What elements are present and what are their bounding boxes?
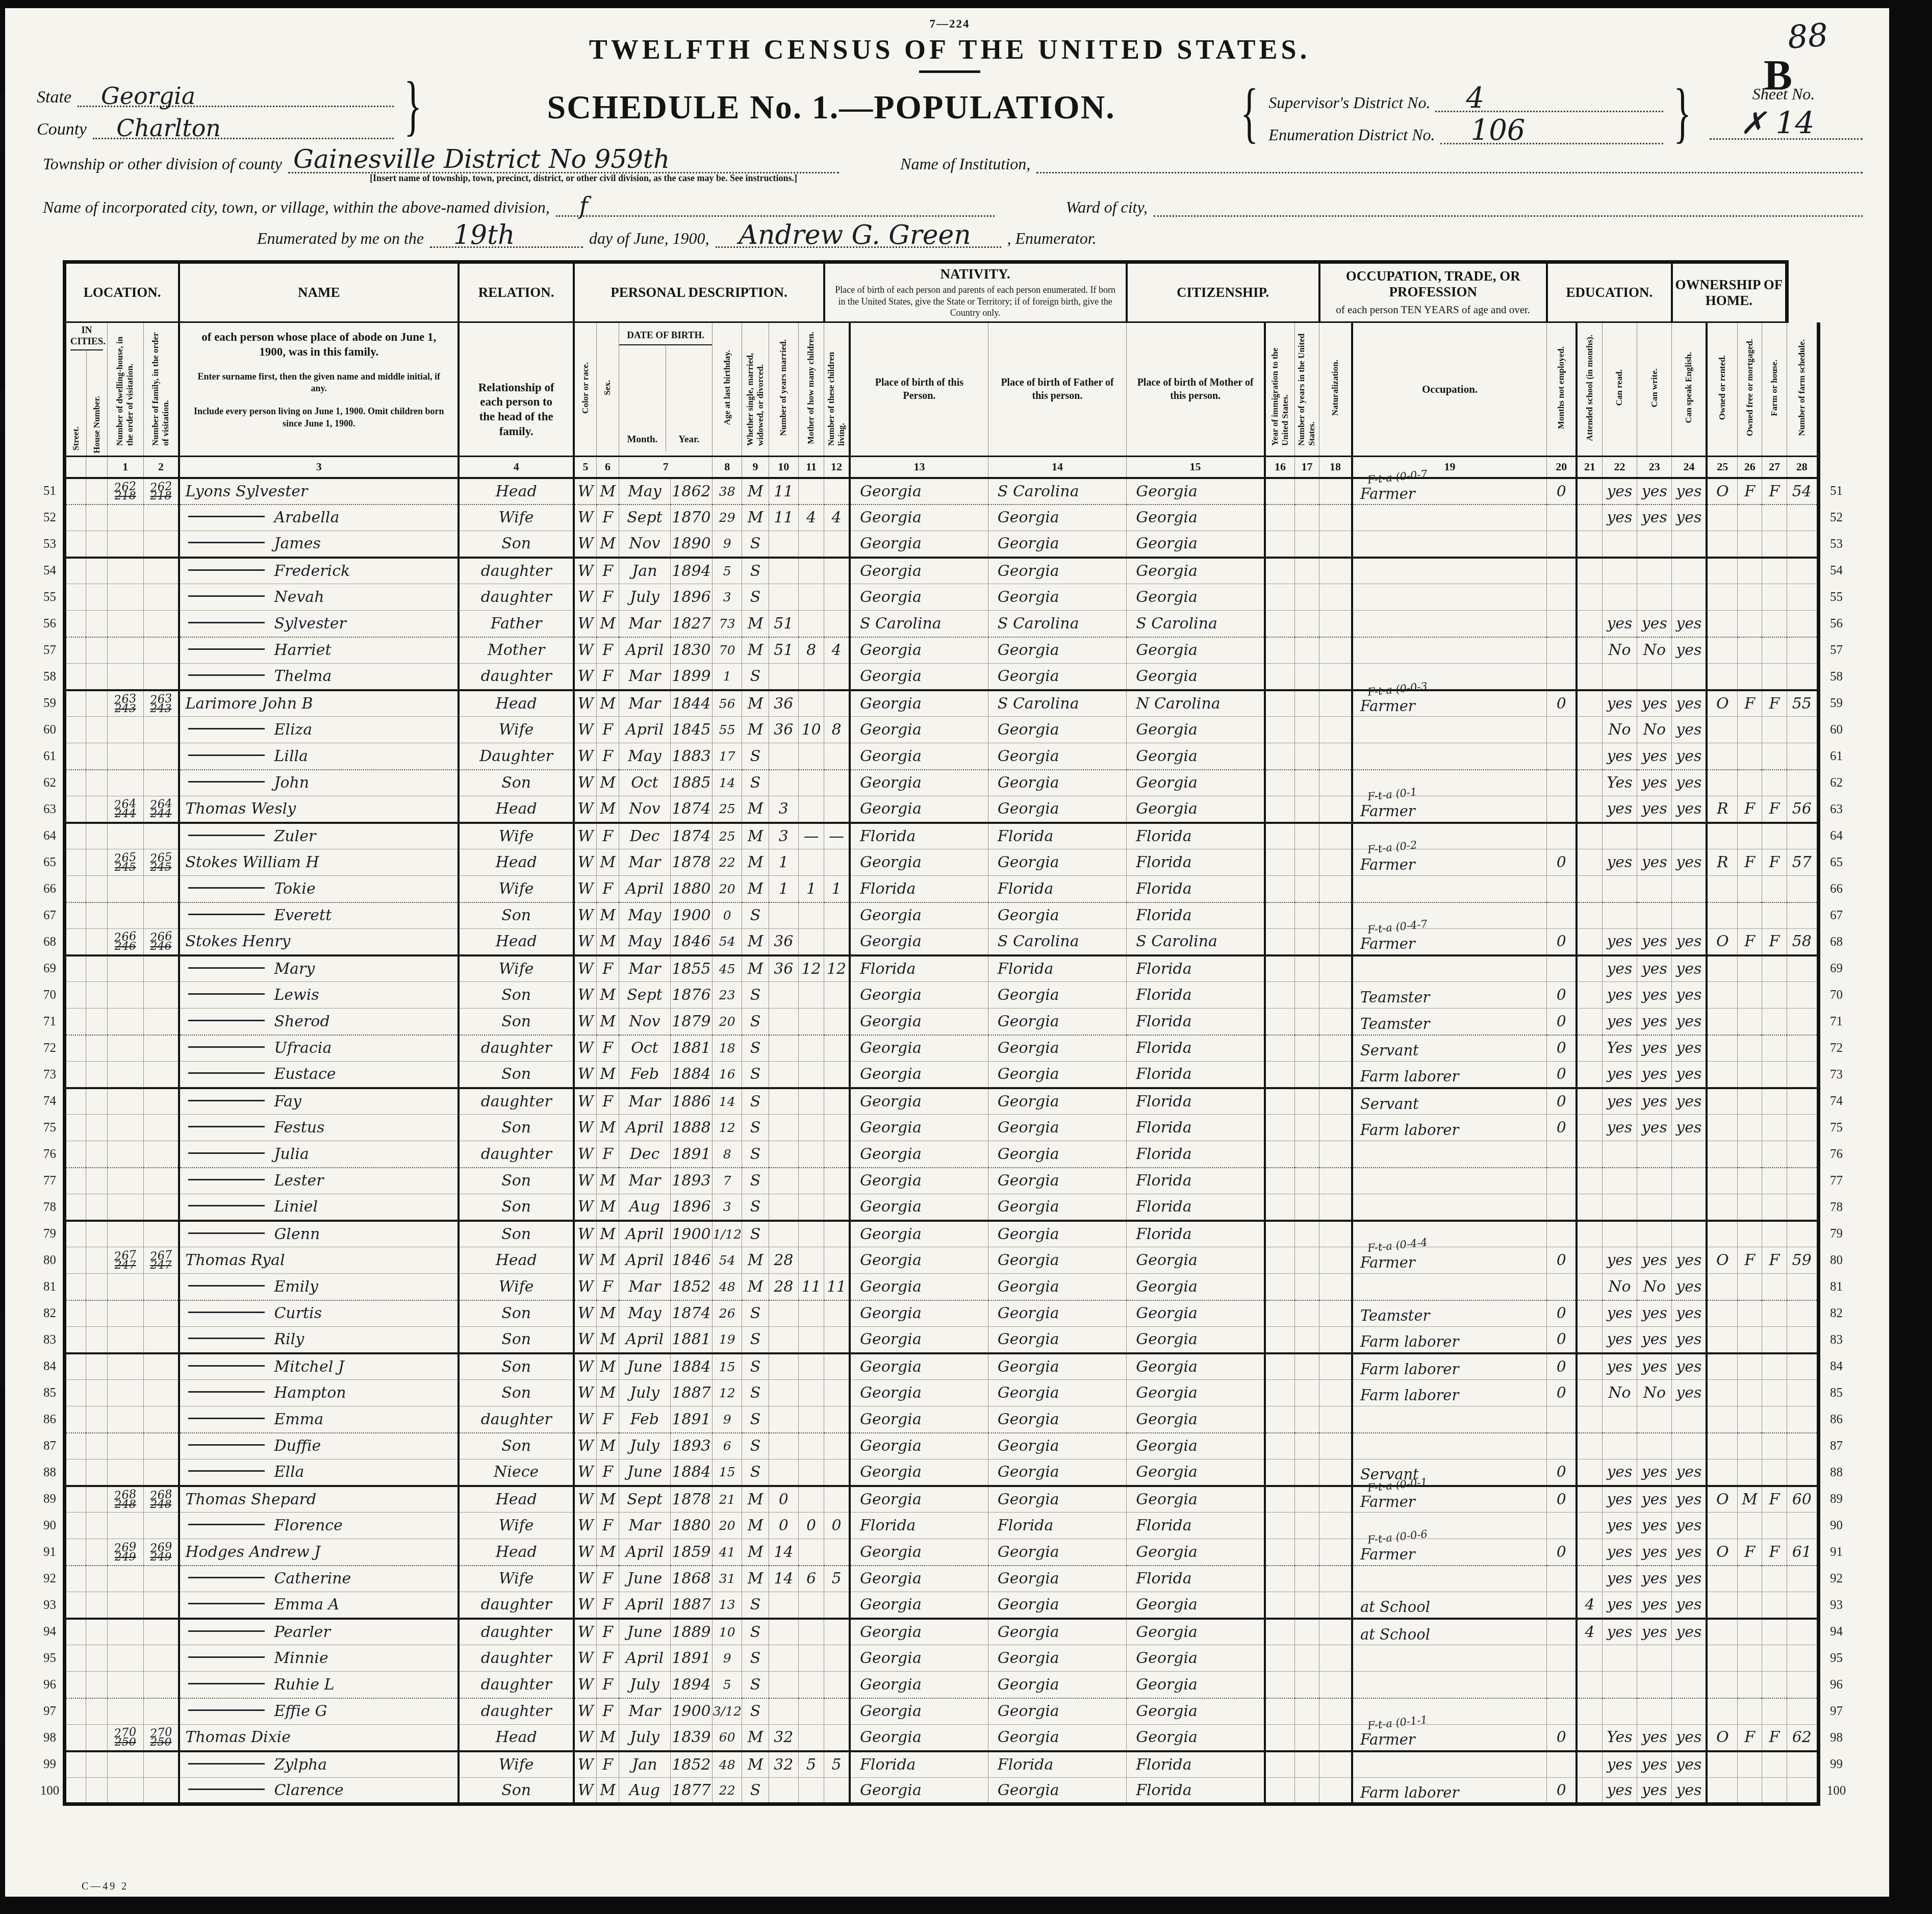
birth-year-cell: 1884 [670,1353,712,1380]
birth-month-cell: Feb [619,1406,671,1433]
years-us-cell [1294,1566,1319,1592]
can-write-cell: yes [1637,1088,1672,1115]
house-number-cell [86,531,107,558]
speak-english-cell [1672,1406,1707,1433]
farm-schedule-cell [1787,1672,1818,1698]
state-line: Georgia [78,83,394,107]
row-number-left: 73 [37,1062,64,1088]
birth-month-cell: April [619,1645,671,1672]
pob-mother-cell: Georgia [1127,558,1265,584]
census-page: 88 7—224 TWELFTH CENSUS OF THE UNITED ST… [5,8,1889,1897]
owned-rented-cell [1707,982,1737,1009]
children-living-cell: — [824,823,850,849]
age-cell: 54 [713,929,742,955]
children-living-cell [824,902,850,929]
row-number-left: 76 [37,1141,64,1168]
age-cell: 23 [713,982,742,1009]
birth-year-cell: 1891 [670,1141,712,1168]
months-unemployed-cell: 0 [1547,1088,1577,1115]
dwelling-number-cell [108,531,143,558]
attended-school-cell [1577,1513,1602,1539]
immigration-cell [1265,1539,1294,1566]
state-label: State [37,88,71,107]
family-number-cell [143,1566,179,1592]
months-unemployed-cell [1547,1566,1577,1592]
occupation-cell: Teamster [1352,1300,1547,1327]
birth-month-cell: Sept [619,505,671,531]
speak-english-cell: yes [1672,1486,1707,1513]
can-write-cell: yes [1637,1062,1672,1088]
family-number-cell [143,611,179,637]
can-write-cell: yes [1637,1009,1672,1035]
speak-english-cell: yes [1672,982,1707,1009]
free-mortgaged-cell [1738,1645,1762,1672]
street-cell [64,902,86,929]
row-number-left: 92 [37,1566,64,1592]
street-cell [64,1672,86,1698]
birth-month-cell: June [619,1619,671,1645]
years-married-cell [769,1778,798,1804]
farm-schedule-cell [1787,1698,1818,1725]
owned-rented-cell [1707,1698,1737,1725]
relation-cell: daughter [459,1672,574,1698]
dob-header: DATE OF BIRTH. Month. Year. [619,322,713,457]
house-number-cell [86,558,107,584]
speak-english-cell: yes [1672,1459,1707,1486]
city-label: Name of incorporated city, town, or vill… [43,198,550,217]
row-number-left: 78 [37,1194,64,1221]
color-cell: W [574,1645,596,1672]
pob-person-cell: Georgia [850,1459,988,1486]
can-read-cell: yes [1602,478,1637,505]
pob-mother-cell: Georgia [1127,796,1265,823]
children-living-cell: 4 [824,637,850,664]
can-write-cell: yes [1637,1566,1672,1592]
pob-person-cell: Georgia [850,1168,988,1194]
row-number-right: 72 [1818,1035,1852,1062]
relation-cell: Son [459,1380,574,1406]
pob-person-cell: Georgia [850,849,988,876]
can-read-cell: yes [1602,1592,1637,1619]
table-row: 79GlennSonWMApril19001/12SGeorgiaGeorgia… [37,1221,1852,1247]
occupation-cell [1352,611,1547,637]
months-unemployed-cell: 0 [1547,929,1577,955]
sex-cell: F [596,955,619,982]
pob-mother-cell: Florida [1127,1088,1265,1115]
can-write-cell: yes [1637,1751,1672,1778]
row-number-right: 88 [1818,1459,1852,1486]
free-mortgaged-cell [1738,1194,1762,1221]
naturalization-cell [1319,849,1352,876]
speak-english-cell [1672,664,1707,690]
table-row: 84Mitchel JSonWMJune188415SGeorgiaGeorgi… [37,1353,1852,1380]
enumeration-value: 106 [1471,114,1526,147]
owned-rented-cell [1707,1141,1737,1168]
color-cell: W [574,1194,596,1221]
birth-month-cell: Mar [619,1274,671,1300]
years-married-cell: 1 [769,849,798,876]
birth-year-cell: 1894 [670,1672,712,1698]
can-read-cell: yes [1602,1062,1637,1088]
months-unemployed-cell [1547,1645,1577,1672]
row-number-right: 81 [1818,1274,1852,1300]
age-cell: 12 [713,1380,742,1406]
family-number-cell [143,743,179,770]
farm-schedule-cell: 58 [1787,929,1818,955]
row-number-left: 87 [37,1433,64,1459]
nativity-group: NATIVITY. Place of birth of each person … [824,262,1127,322]
attended-school-cell [1577,1459,1602,1486]
pob-father-cell: Georgia [988,505,1126,531]
owned-rented-cell [1707,1459,1737,1486]
in-cities-title: IN CITIES. [70,325,103,350]
years-us-cell [1294,717,1319,743]
family-number-cell [143,902,179,929]
birth-month-cell: Nov [619,796,671,823]
attended-school-cell [1577,1327,1602,1353]
row-number-left: 62 [37,770,64,796]
table-row: 98270250270250Thomas DixieHeadWMJuly1839… [37,1725,1852,1751]
attended-school-cell: 4 [1577,1592,1602,1619]
naturalization-cell [1319,690,1352,717]
years-married-cell [769,1009,798,1035]
pob-father-cell: Georgia [988,1725,1126,1751]
speak-english-cell [1672,1168,1707,1194]
owned-rented-cell [1707,1353,1737,1380]
pob-person-cell: Georgia [850,478,988,505]
immigration-cell [1265,717,1294,743]
table-row: 85HamptonSonWMJuly188712SGeorgiaGeorgiaG… [37,1380,1852,1406]
sex-cell: F [596,1088,619,1115]
table-row: 76JuliadaughterWFDec18918SGeorgiaGeorgia… [37,1141,1852,1168]
mother-of-cell [798,1459,824,1486]
free-mortgaged-cell [1738,823,1762,849]
relation-cell: Father [459,611,574,637]
relation-cell: Wife [459,1751,574,1778]
can-read-cell: Yes [1602,1725,1637,1751]
birth-year-cell: 1878 [670,849,712,876]
naturalization-cell [1319,1062,1352,1088]
birth-year-cell: 1900 [670,902,712,929]
mother-of-cell [798,1009,824,1035]
family-number-cell [143,1035,179,1062]
person-name-cell: Catherine [179,1566,459,1592]
street-cell [64,823,86,849]
row-number-right: 95 [1818,1645,1852,1672]
children-living-cell [824,478,850,505]
row-number-left: 55 [37,584,64,611]
table-row: 64ZulerWifeWFDec187425M3——FloridaFlorida… [37,823,1852,849]
family-number-cell [143,982,179,1009]
owned-rented-cell [1707,505,1737,531]
pob-father-cell: S Carolina [988,690,1126,717]
children-living-cell [824,1247,850,1274]
dwelling-number-cell: 267247 [108,1247,143,1274]
relation-cell: daughter [459,1619,574,1645]
street-cell [64,1725,86,1751]
pob-mother-cell: Georgia [1127,1459,1265,1486]
color-cell: W [574,1035,596,1062]
can-read-cell: yes [1602,1115,1637,1141]
owned-header: Owned or rented. [1707,322,1737,457]
street-cell [64,929,86,955]
pob-person-cell: Georgia [850,1672,988,1698]
years-us-cell [1294,1035,1319,1062]
farm-house-cell [1762,1115,1787,1141]
color-cell: W [574,1566,596,1592]
free-mortgaged-cell [1738,1221,1762,1247]
mother-of-cell [798,1619,824,1645]
table-row: 67EverettSonWMMay19000SGeorgiaGeorgiaFlo… [37,902,1852,929]
color-cell: W [574,1751,596,1778]
birth-month-cell: Sept [619,1486,671,1513]
relation-cell: daughter [459,584,574,611]
farm-schedule-cell [1787,1221,1818,1247]
table-row: 53JamesSonWMNov18909SGeorgiaGeorgiaGeorg… [37,531,1852,558]
naturalization-cell [1319,1194,1352,1221]
naturalization-cell [1319,505,1352,531]
speak-english-cell: yes [1672,505,1707,531]
can-write-cell [1637,531,1672,558]
marital-cell: S [742,584,769,611]
can-read-cell: No [1602,637,1637,664]
naturalization-cell [1319,876,1352,902]
free-mortgaged-cell [1738,1035,1762,1062]
speak-english-cell: yes [1672,1353,1707,1380]
pob-person-cell: Georgia [850,1380,988,1406]
free-mortgaged-cell [1738,982,1762,1009]
months-unemployed-cell: 0 [1547,982,1577,1009]
house-number-cell [86,1751,107,1778]
relation-cell: daughter [459,1035,574,1062]
row-number-right: 83 [1818,1327,1852,1353]
age-cell: 25 [713,796,742,823]
house-number-cell [86,955,107,982]
birth-month-cell: July [619,1725,671,1751]
months-unemployed-cell [1547,1433,1577,1459]
naturalization-cell [1319,584,1352,611]
person-name-cell: Effie G [179,1698,459,1725]
months-unemployed-cell: 0 [1547,1300,1577,1327]
relation-cell: Wife [459,823,574,849]
pob-person-cell: Georgia [850,1778,988,1804]
street-cell [64,1300,86,1327]
owned-rented-cell [1707,1035,1737,1062]
children-living-cell [824,1300,850,1327]
farm-house-cell [1762,611,1787,637]
birth-month-cell: May [619,743,671,770]
english-header: Can speak English. [1672,322,1707,457]
mother-of-cell [798,1486,824,1513]
dwelling-number-cell [108,1751,143,1778]
age-cell: 20 [713,1009,742,1035]
table-row: 75FestusSonWMApril188812SGeorgiaGeorgiaF… [37,1115,1852,1141]
pob-person-cell: Georgia [850,982,988,1009]
farm-schedule-cell [1787,1088,1818,1115]
children-living-cell [824,982,850,1009]
naturalization-cell [1319,823,1352,849]
years-married-cell: 28 [769,1274,798,1300]
table-row: 56SylvesterFatherWMMar182773M51S Carolin… [37,611,1852,637]
farm-house-cell [1762,505,1787,531]
person-name-cell: Stokes William H [179,849,459,876]
years-married-cell [769,1353,798,1380]
pob-mother-cell: Florida [1127,1751,1265,1778]
pob-person-cell: Georgia [850,1009,988,1035]
mother-of-cell: 1 [798,876,824,902]
farm-schedule-cell [1787,1406,1818,1433]
can-read-cell: yes [1602,1751,1637,1778]
occupation-cell: Teamster [1352,982,1547,1009]
row-number-right: 68 [1818,929,1852,955]
birth-year-cell: 1844 [670,690,712,717]
mother-of-cell [798,1778,824,1804]
naturalization-cell [1319,1566,1352,1592]
table-row: 65265245265245Stokes William HHeadWMMar1… [37,849,1852,876]
birth-month-cell: Nov [619,531,671,558]
marital-cell: S [742,1141,769,1168]
children-living-cell [824,1645,850,1672]
dwelling-number-cell [108,1274,143,1300]
years-married-cell [769,770,798,796]
marital-cell: M [742,717,769,743]
dwelling-number-cell [108,902,143,929]
farm-schedule-cell [1787,637,1818,664]
house-number-cell [86,743,107,770]
birth-month-cell: Sept [619,982,671,1009]
age-cell: 16 [713,1062,742,1088]
relation-cell: Son [459,531,574,558]
color-cell: W [574,1619,596,1645]
naturalization-cell [1319,1619,1352,1645]
birth-month-cell: April [619,1327,671,1353]
relation-cell: Son [459,902,574,929]
family-number-cell [143,637,179,664]
marital-cell: S [742,1672,769,1698]
naturalization-cell [1319,1539,1352,1566]
birth-year-cell: 1891 [670,1645,712,1672]
pob-father-cell: Georgia [988,1778,1126,1804]
mother-of-cell [798,1247,824,1274]
can-write-cell: yes [1637,1035,1672,1062]
mother-of-cell [798,1353,824,1380]
naturalization-cell [1319,1009,1352,1035]
occupation-cell [1352,955,1547,982]
farm-house-cell: F [1762,1725,1787,1751]
free-mortgaged-cell [1738,717,1762,743]
children-living-header: Number of these children living. [824,322,850,457]
relation-cell: Son [459,1168,574,1194]
family-number-cell [143,717,179,743]
family-number-cell [143,1459,179,1486]
owned-rented-cell [1707,770,1737,796]
attended-school-cell [1577,505,1602,531]
marital-cell: S [742,1778,769,1804]
can-write-cell: yes [1637,1353,1672,1380]
speak-english-cell: yes [1672,1619,1707,1645]
street-cell [64,849,86,876]
pob-father-cell: Georgia [988,1592,1126,1619]
age-cell: 41 [713,1539,742,1566]
pob-person-cell: Florida [850,955,988,982]
birth-month-cell: Mar [619,664,671,690]
marital-cell: M [742,1513,769,1539]
marital-cell: S [742,1221,769,1247]
occupation-desc: of each person TEN YEARS of age and over… [1320,300,1546,316]
dwelling-number-cell [108,876,143,902]
children-living-cell: 5 [824,1566,850,1592]
row-number-left: 84 [37,1353,64,1380]
owned-rented-cell [1707,1221,1737,1247]
dwelling-number-cell [108,1778,143,1804]
mother-of-cell [798,770,824,796]
house-number-cell [86,717,107,743]
dwelling-number-cell [108,1459,143,1486]
family-number-cell [143,1513,179,1539]
immigration-cell [1265,770,1294,796]
naturalization-cell [1319,1274,1352,1300]
owned-rented-cell [1707,1778,1737,1804]
farm-schedule-cell [1787,1778,1818,1804]
immigration-cell [1265,1672,1294,1698]
enumeration-label: Enumeration District No. [1268,125,1435,144]
years-married-cell [769,531,798,558]
table-row: 99ZylphaWifeWFJan185248M3255FloridaFlori… [37,1751,1852,1778]
pob-person-cell: Georgia [850,531,988,558]
speak-english-cell [1672,1221,1707,1247]
children-living-cell [824,1778,850,1804]
years-us-cell [1294,1088,1319,1115]
attended-school-cell [1577,717,1602,743]
color-cell: W [574,902,596,929]
years-married-cell [769,1327,798,1353]
months-unemployed-cell [1547,876,1577,902]
family-number-cell: 266246 [143,929,179,955]
table-row: 54FrederickdaughterWFJan18945SGeorgiaGeo… [37,558,1852,584]
color-cell: W [574,1459,596,1486]
occupation-cell: F-t-a (0-0-6Farmer [1352,1539,1547,1566]
row-number-left: 54 [37,558,64,584]
farm-schedule-cell [1787,770,1818,796]
farm-house-cell [1762,1566,1787,1592]
marital-cell: M [742,1247,769,1274]
can-read-cell: yes [1602,1247,1637,1274]
naturalization-cell [1319,717,1352,743]
can-write-cell: yes [1637,849,1672,876]
can-write-cell: yes [1637,1725,1672,1751]
can-read-cell: yes [1602,1459,1637,1486]
owned-rented-cell [1707,1062,1737,1088]
years-married-cell: 36 [769,690,798,717]
immigration-cell [1265,1327,1294,1353]
can-write-cell: yes [1637,1459,1672,1486]
years-married-cell [769,664,798,690]
pob-person-cell: Georgia [850,1592,988,1619]
farm-header: Farm or house. [1762,322,1787,457]
table-row: 88EllaNieceWFJune188415SGeorgiaGeorgiaGe… [37,1459,1852,1486]
attended-school-cell [1577,1380,1602,1406]
attended-school-cell [1577,690,1602,717]
family-number-cell [143,1300,179,1327]
speak-english-cell: yes [1672,1247,1707,1274]
person-name-cell: Emma [179,1406,459,1433]
farm-house-cell [1762,637,1787,664]
pob-person-cell: Georgia [850,584,988,611]
row-number-left: 74 [37,1088,64,1115]
immigration-cell [1265,1725,1294,1751]
sex-cell: F [596,558,619,584]
pob-mother-cell: S Carolina [1127,929,1265,955]
